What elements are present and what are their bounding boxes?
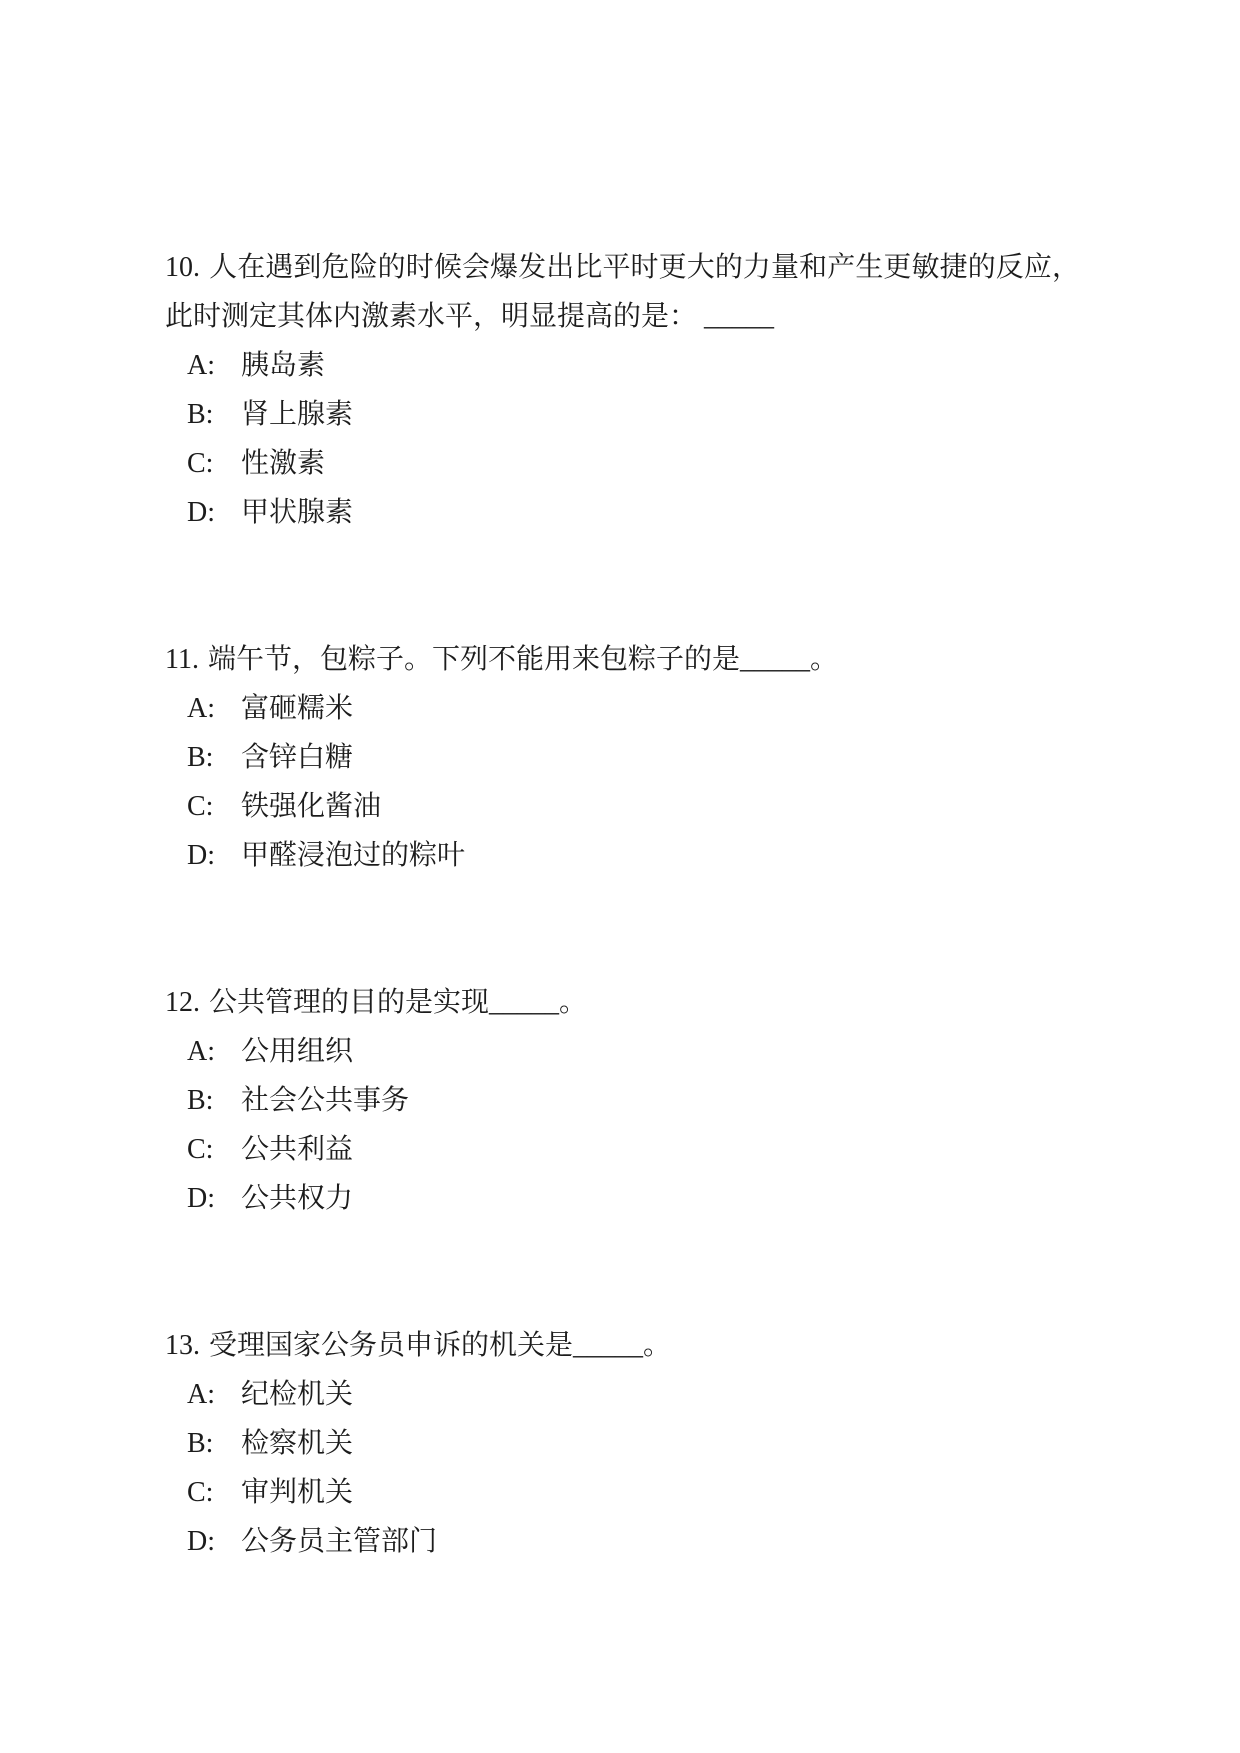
option-row: B:社会公共事务	[165, 1076, 1080, 1125]
option-label: A:	[187, 1027, 219, 1076]
option-row: C:铁强化酱油	[165, 782, 1080, 831]
option-label: D:	[187, 1517, 219, 1566]
question-text: 11.端午节，包粽子。下列不能用来包粽子的是_____。	[165, 635, 1080, 684]
question-11: 11.端午节，包粽子。下列不能用来包粽子的是_____。 A:富砸糯米 B:含锌…	[165, 635, 1080, 880]
option-text: 社会公共事务	[241, 1085, 409, 1116]
option-label: D:	[187, 831, 219, 880]
exam-document-page: 10.人在遇到危险的时候会爆发出比平时更大的力量和产生更敏捷的反应，此时测定其体…	[0, 0, 1240, 1753]
question-text: 13.受理国家公务员申诉的机关是_____。	[165, 1321, 1080, 1370]
option-text: 胰岛素	[241, 350, 325, 381]
option-text: 检察机关	[241, 1428, 353, 1459]
option-text: 公共权力	[241, 1183, 353, 1214]
option-row: D:甲醛浸泡过的粽叶	[165, 831, 1080, 880]
option-text: 含锌白糖	[241, 742, 353, 773]
question-number: 10.	[165, 252, 200, 283]
option-row: C:公共利益	[165, 1125, 1080, 1174]
question-number: 12.	[165, 987, 200, 1018]
option-row: C:审判机关	[165, 1468, 1080, 1517]
option-text: 甲状腺素	[241, 497, 353, 528]
option-text: 富砸糯米	[241, 693, 353, 724]
option-row: D:公共权力	[165, 1174, 1080, 1223]
option-row: B:含锌白糖	[165, 733, 1080, 782]
question-number: 13.	[165, 1330, 200, 1361]
question-10: 10.人在遇到危险的时候会爆发出比平时更大的力量和产生更敏捷的反应，此时测定其体…	[165, 243, 1080, 537]
option-label: B:	[187, 733, 219, 782]
option-text: 铁强化酱油	[241, 791, 381, 822]
question-body: 人在遇到危险的时候会爆发出比平时更大的力量和产生更敏捷的反应，此时测定其体内激素…	[165, 252, 1080, 332]
question-text: 10.人在遇到危险的时候会爆发出比平时更大的力量和产生更敏捷的反应，此时测定其体…	[165, 243, 1080, 341]
option-label: C:	[187, 782, 219, 831]
option-text: 甲醛浸泡过的粽叶	[241, 840, 465, 871]
option-row: A:纪检机关	[165, 1370, 1080, 1419]
option-label: A:	[187, 1370, 219, 1419]
option-text: 公务员主管部门	[241, 1526, 437, 1557]
question-body: 受理国家公务员申诉的机关是_____。	[209, 1330, 671, 1361]
option-row: D:甲状腺素	[165, 488, 1080, 537]
option-row: D:公务员主管部门	[165, 1517, 1080, 1566]
option-text: 性激素	[241, 448, 325, 479]
option-label: D:	[187, 1174, 219, 1223]
option-label: A:	[187, 341, 219, 390]
question-text: 12.公共管理的目的是实现_____。	[165, 978, 1080, 1027]
option-label: B:	[187, 1076, 219, 1125]
option-text: 肾上腺素	[241, 399, 353, 430]
option-text: 公用组织	[241, 1036, 353, 1067]
option-label: C:	[187, 1468, 219, 1517]
option-label: C:	[187, 439, 219, 488]
question-12: 12.公共管理的目的是实现_____。 A:公用组织 B:社会公共事务 C:公共…	[165, 978, 1080, 1223]
question-body: 端午节，包粽子。下列不能用来包粽子的是_____。	[208, 644, 838, 675]
question-body: 公共管理的目的是实现_____。	[209, 987, 587, 1018]
option-row: A:公用组织	[165, 1027, 1080, 1076]
option-label: B:	[187, 390, 219, 439]
option-label: C:	[187, 1125, 219, 1174]
option-row: B:检察机关	[165, 1419, 1080, 1468]
option-label: B:	[187, 1419, 219, 1468]
option-label: A:	[187, 684, 219, 733]
option-row: A:富砸糯米	[165, 684, 1080, 733]
option-row: C:性激素	[165, 439, 1080, 488]
question-number: 11.	[165, 644, 199, 675]
option-row: B:肾上腺素	[165, 390, 1080, 439]
question-13: 13.受理国家公务员申诉的机关是_____。 A:纪检机关 B:检察机关 C:审…	[165, 1321, 1080, 1566]
option-text: 审判机关	[241, 1477, 353, 1508]
option-text: 公共利益	[241, 1134, 353, 1165]
option-label: D:	[187, 488, 219, 537]
option-row: A:胰岛素	[165, 341, 1080, 390]
option-text: 纪检机关	[241, 1379, 353, 1410]
